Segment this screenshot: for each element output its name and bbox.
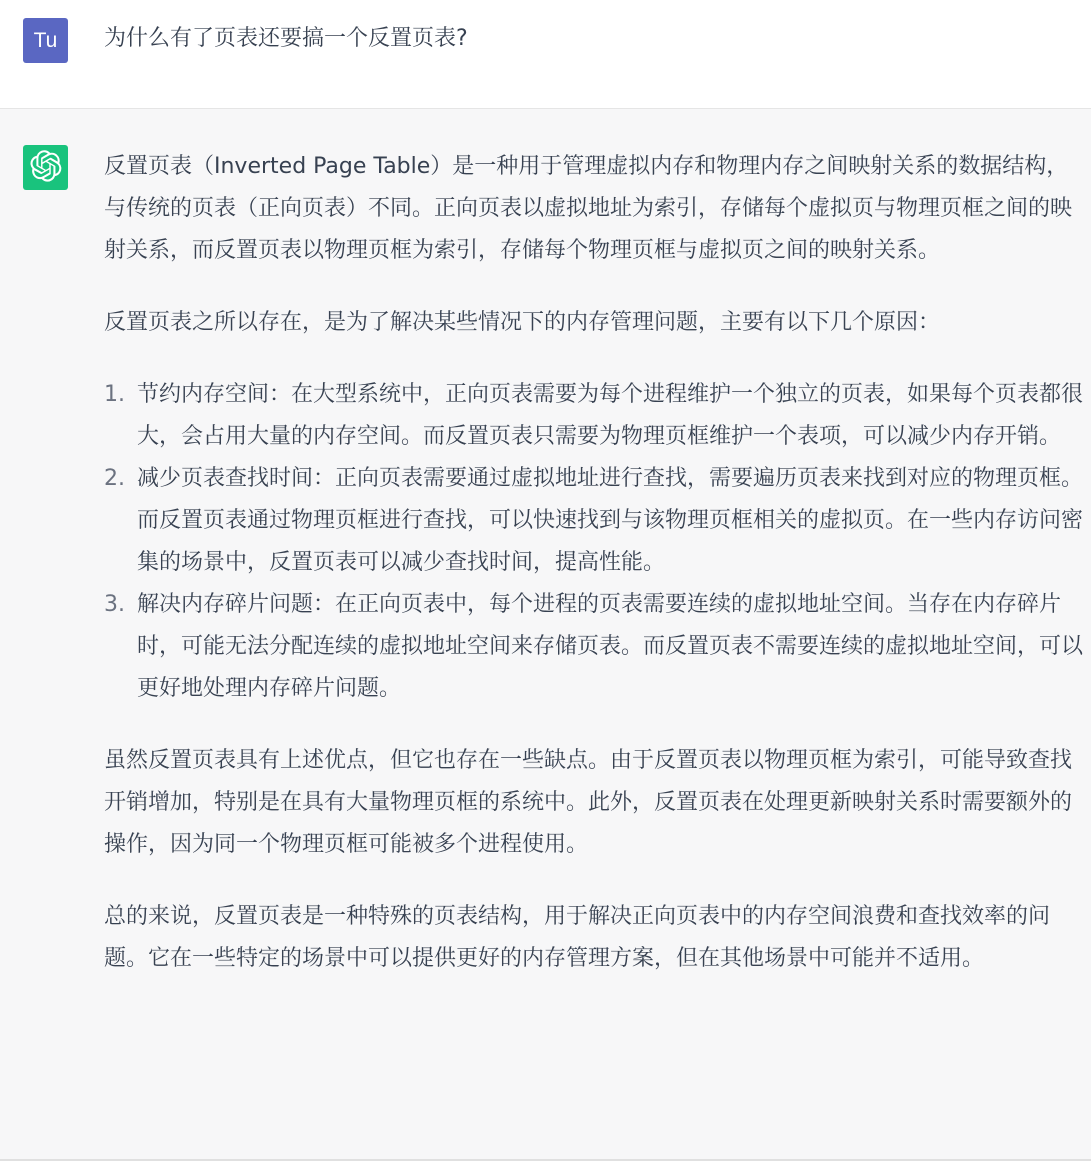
list-number: 3.	[104, 584, 132, 626]
list-number: 1.	[104, 374, 132, 416]
assistant-message-content: 反置页表（Inverted Page Table）是一种用于管理虚拟内存和物理内…	[104, 146, 1084, 1010]
list-item-text: 解决内存碎片问题：在正向页表中，每个进程的页表需要连续的虚拟地址空间。当存在内存…	[137, 592, 1083, 701]
drawbacks-paragraph: 虽然反置页表具有上述优点，但它也存在一些缺点。由于反置页表以物理页框为索引，可能…	[104, 740, 1084, 866]
summary-paragraph: 总的来说，反置页表是一种特殊的页表结构，用于解决正向页表中的内存空间浪费和查找效…	[104, 896, 1084, 980]
list-item: 3. 解决内存碎片问题：在正向页表中，每个进程的页表需要连续的虚拟地址空间。当存…	[137, 584, 1084, 710]
user-avatar-label: Tu	[34, 29, 58, 53]
reasons-lead-paragraph: 反置页表之所以存在，是为了解决某些情况下的内存管理问题，主要有以下几个原因：	[104, 302, 1084, 344]
list-number: 2.	[104, 458, 132, 500]
list-item: 1. 节约内存空间：在大型系统中，正向页表需要为每个进程维护一个独立的页表，如果…	[137, 374, 1084, 458]
user-message: Tu 为什么有了页表还要搞一个反置页表?	[0, 0, 1091, 109]
user-message-text: 为什么有了页表还要搞一个反置页表?	[104, 20, 468, 58]
list-item-text: 节约内存空间：在大型系统中，正向页表需要为每个进程维护一个独立的页表，如果每个页…	[137, 382, 1083, 449]
user-avatar: Tu	[23, 18, 68, 63]
list-item-text: 减少页表查找时间：正向页表需要通过虚拟地址进行查找，需要遍历页表来找到对应的物理…	[137, 466, 1083, 575]
assistant-avatar	[23, 145, 68, 190]
intro-paragraph: 反置页表（Inverted Page Table）是一种用于管理虚拟内存和物理内…	[104, 146, 1084, 272]
list-item: 2. 减少页表查找时间：正向页表需要通过虚拟地址进行查找，需要遍历页表来找到对应…	[137, 458, 1084, 584]
openai-logo-icon	[30, 150, 62, 186]
reasons-list: 1. 节约内存空间：在大型系统中，正向页表需要为每个进程维护一个独立的页表，如果…	[104, 374, 1084, 710]
assistant-message: 反置页表（Inverted Page Table）是一种用于管理虚拟内存和物理内…	[0, 109, 1091, 1161]
